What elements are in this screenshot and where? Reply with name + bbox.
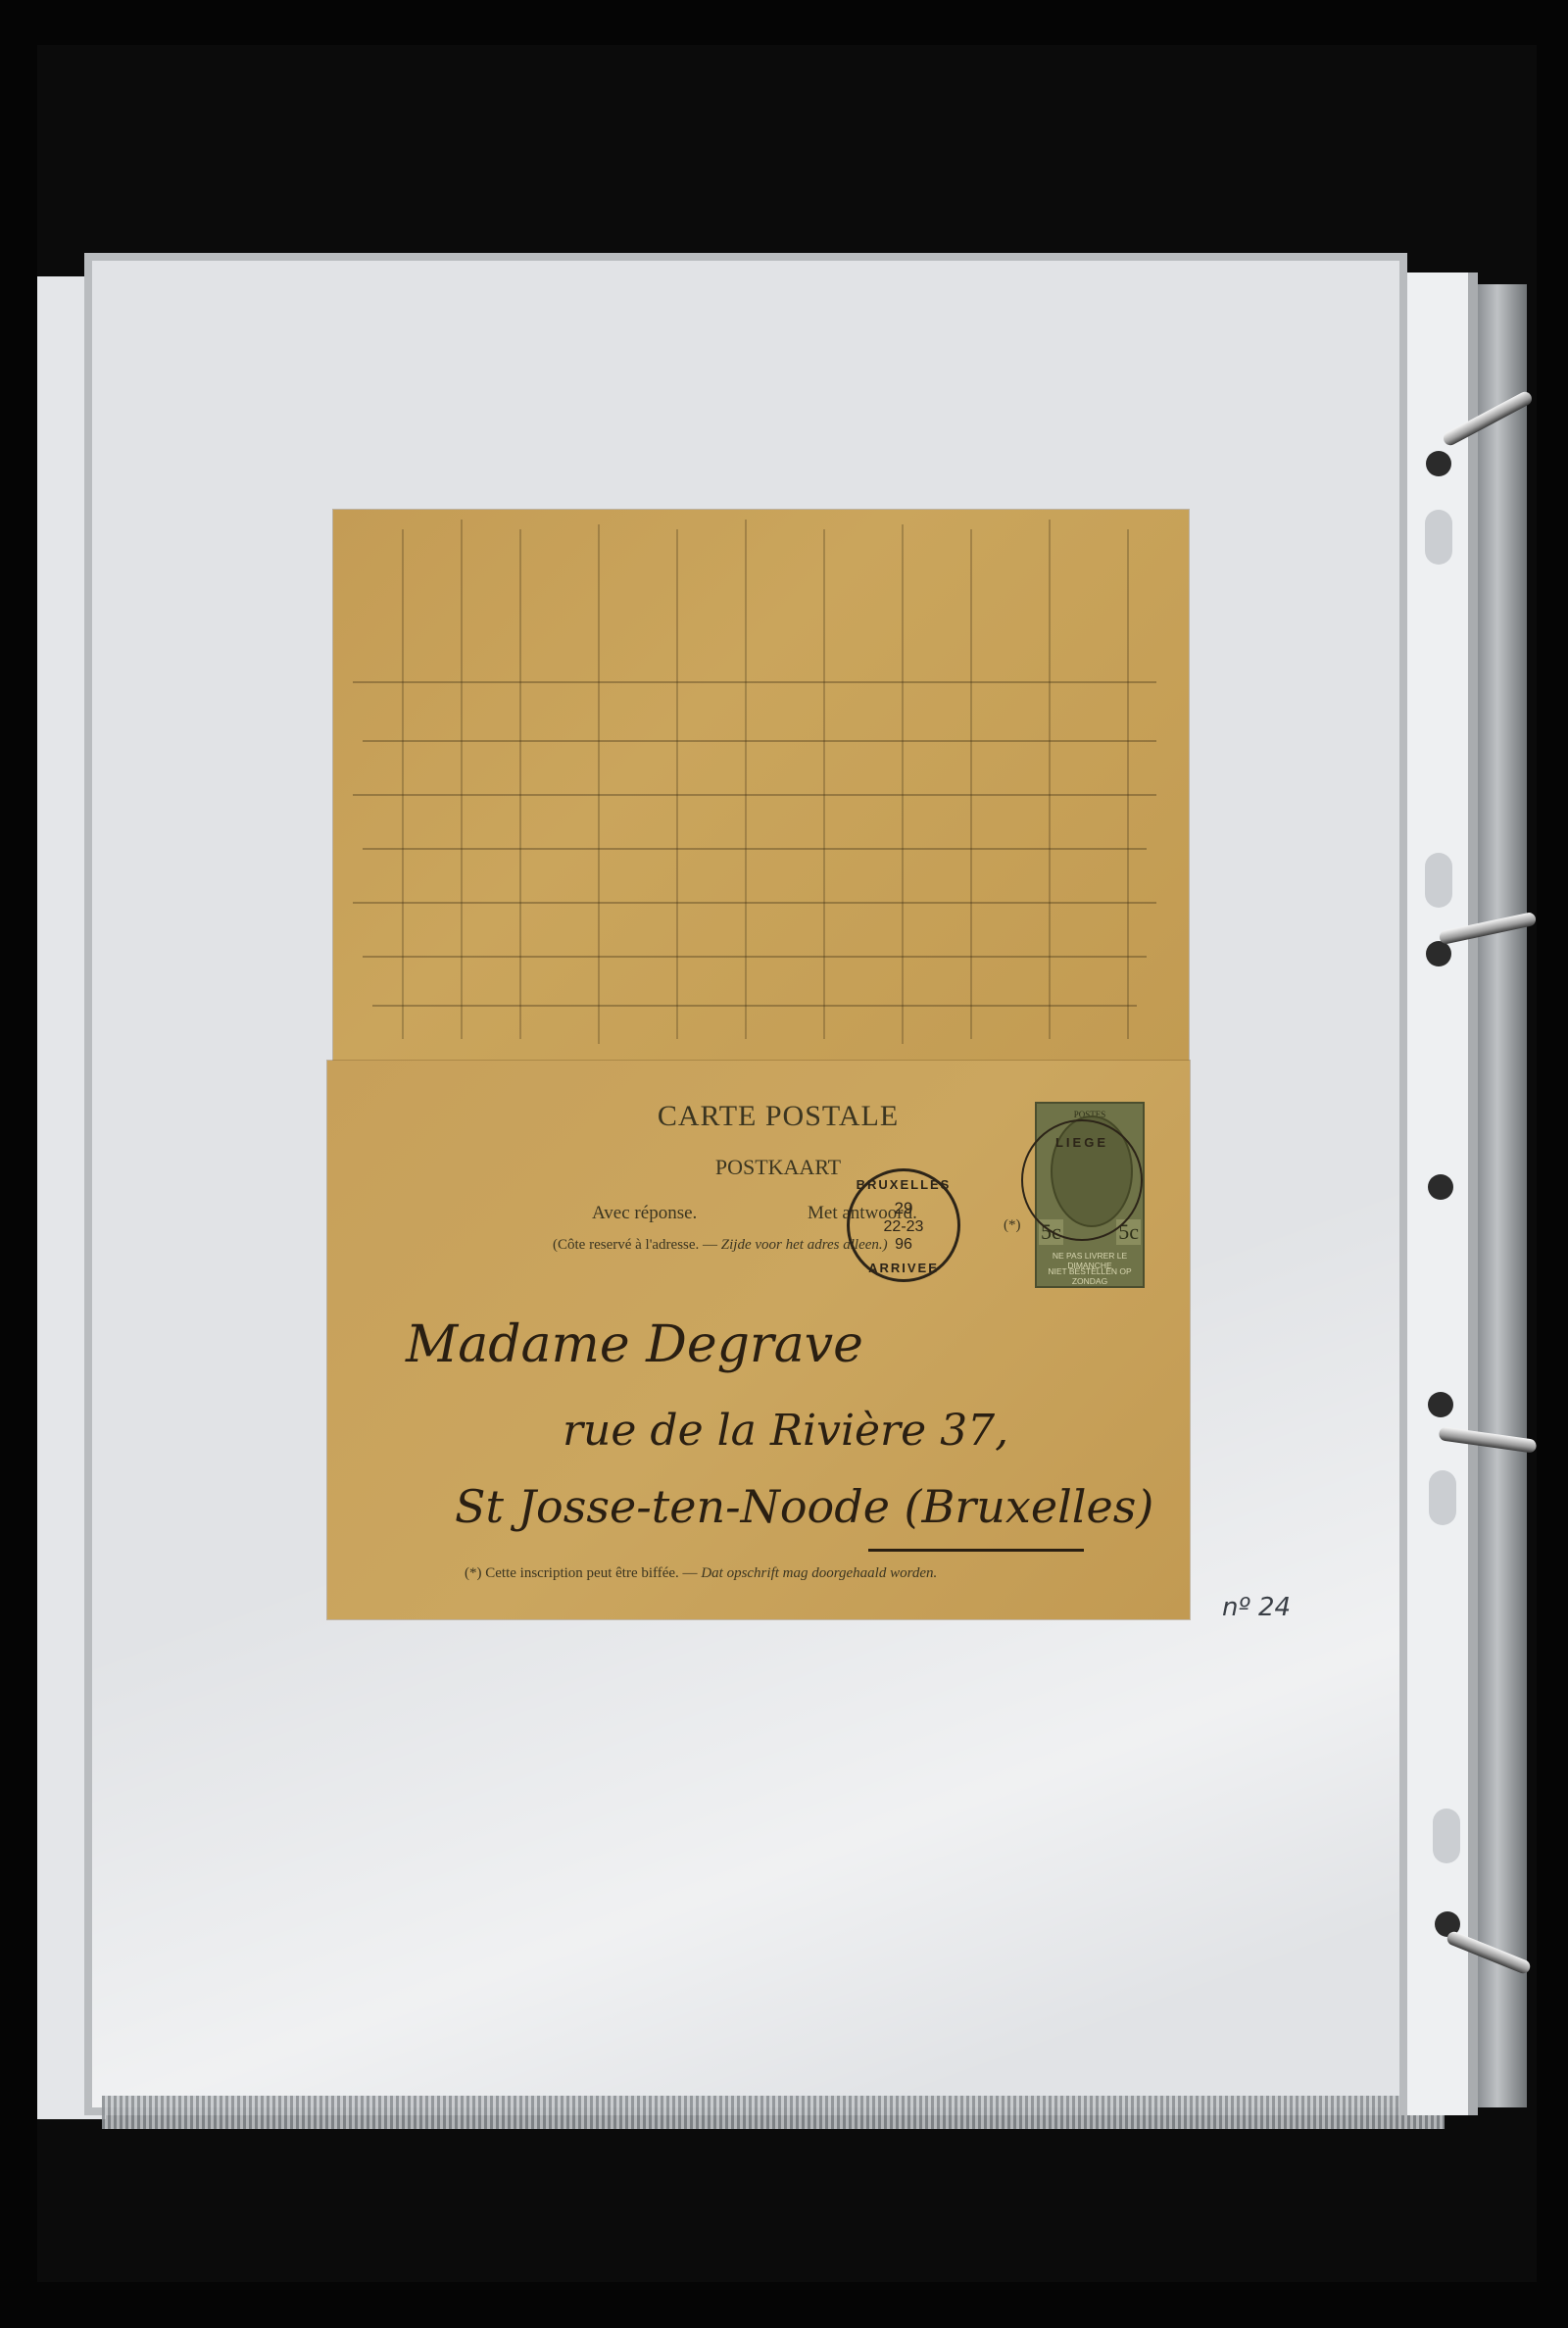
postmark-day: 29: [850, 1199, 957, 1218]
punch-hole: [1426, 941, 1451, 966]
handwriting-stroke: [745, 520, 747, 1039]
punch-hole: [1426, 451, 1451, 476]
handwriting-stroke: [372, 1005, 1137, 1007]
handwriting-stroke: [461, 520, 463, 1039]
handwriting-stroke: [1049, 520, 1051, 1039]
binder-spine: [1478, 284, 1527, 2107]
handwriting-stroke: [402, 529, 404, 1039]
footer-nl: Dat opschrift mag doorgehaald worden.: [701, 1565, 937, 1581]
sleeve-bottom-edge: [102, 2096, 1445, 2129]
city-underline: [868, 1549, 1084, 1552]
handwriting-stroke: [823, 529, 825, 1039]
address-line-3: St Josse-ten-Noode (Bruxelles): [455, 1480, 1153, 1533]
cancellation-postmark: LIEGE: [1021, 1119, 1143, 1241]
handwriting-stroke: [363, 956, 1147, 958]
handwriting-stroke: [353, 902, 1156, 904]
footer-fr: (*) Cette inscription peut être biffée. …: [465, 1565, 698, 1581]
handwriting-stroke: [363, 740, 1156, 742]
handwriting-stroke: [902, 524, 904, 1044]
postcard-title: CARTE POSTALE: [621, 1100, 935, 1133]
cancel-city: LIEGE: [1023, 1135, 1141, 1150]
handwriting-stroke: [676, 529, 678, 1039]
handwriting-stroke: [363, 848, 1147, 850]
postmark-time: 22-23: [850, 1218, 957, 1236]
punch-hole: [1428, 1174, 1453, 1200]
postmark-arrivee: ARRIVEE: [850, 1261, 957, 1275]
handwriting-stroke: [519, 529, 521, 1039]
handwriting-stroke: [1127, 529, 1129, 1039]
item-number-annotation: nº 24: [1222, 1593, 1291, 1622]
postmark-year: 96: [850, 1236, 957, 1254]
note-fr: (Côte reservé à l'adresse. —: [553, 1237, 717, 1253]
handwriting-stroke: [353, 681, 1156, 683]
address-line-1: Madame Degrave: [406, 1315, 863, 1374]
handwriting-stroke: [598, 524, 600, 1044]
postcard-subtitle: POSTKAART: [680, 1155, 876, 1180]
postcard-footer: (*) Cette inscription peut être biffée. …: [465, 1565, 937, 1582]
punch-hole: [1433, 1808, 1460, 1863]
address-line-2: rue de la Rivière 37,: [563, 1406, 1008, 1456]
punch-hole: [1429, 1470, 1456, 1525]
punch-hole: [1428, 1392, 1453, 1417]
arrival-postmark: BRUXELLES 29 22-23 96 ARRIVEE: [847, 1168, 960, 1282]
asterisk-mark: (*): [1004, 1217, 1021, 1234]
reply-label-fr: Avec réponse.: [592, 1203, 697, 1224]
postcard-message-side: [333, 510, 1189, 1061]
punch-hole: [1425, 853, 1452, 908]
stamp-band-nl: NIET BESTELLEN OP ZONDAG: [1039, 1266, 1141, 1286]
address-side-note: (Côte reservé à l'adresse. — Zijde voor …: [553, 1237, 888, 1254]
handwriting-stroke: [353, 794, 1156, 796]
postmark-city: BRUXELLES: [850, 1177, 957, 1192]
handwriting-stroke: [970, 529, 972, 1039]
postcard-address-side: CARTE POSTALE POSTKAART Avec réponse. Me…: [327, 1061, 1190, 1619]
punch-hole: [1425, 510, 1452, 565]
